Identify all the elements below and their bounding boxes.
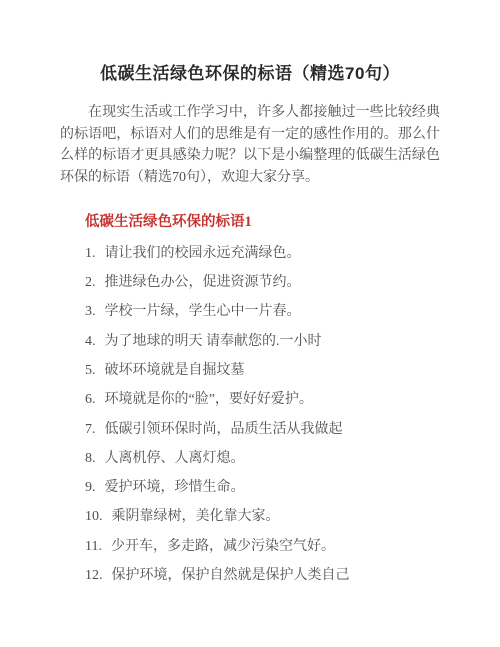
- list-item: 1. 请让我们的校园永远充满绿色。: [85, 245, 440, 263]
- item-number: 12.: [85, 567, 103, 585]
- item-text: 为了地球的明天 请奉献您的.一小时: [105, 333, 441, 351]
- list-item: 11. 少开车，多走路，减少污染空气好。: [85, 538, 440, 556]
- item-text: 请让我们的校园永远充满绿色。: [105, 245, 441, 263]
- list-item: 4. 为了地球的明天 请奉献您的.一小时: [85, 333, 440, 351]
- list-item: 2. 推进绿色办公，促进资源节约。: [85, 274, 440, 292]
- item-number: 7.: [85, 421, 96, 439]
- item-text: 人离机停、人离灯熄。: [105, 450, 441, 468]
- item-number: 6.: [85, 391, 96, 409]
- item-number: 5.: [85, 362, 96, 380]
- list-item: 7. 低碳引领环保时尚，品质生活从我做起: [85, 421, 440, 439]
- slogan-list: 1. 请让我们的校园永远充满绿色。 2. 推进绿色办公，促进资源节约。 3. 学…: [60, 245, 440, 585]
- document-page: 低碳生活绿色环保的标语（精选70句） 在现实生活或工作学习中，许多人都接触过一些…: [0, 0, 500, 647]
- list-item: 3. 学校一片绿，学生心中一片春。: [85, 303, 440, 321]
- item-text: 低碳引领环保时尚，品质生活从我做起: [105, 421, 441, 439]
- item-text: 学校一片绿，学生心中一片春。: [105, 303, 441, 321]
- section-heading: 低碳生活绿色环保的标语1: [85, 213, 440, 231]
- intro-paragraph: 在现实生活或工作学习中，许多人都接触过一些比较经典的标语吧，标语对人们的思维是有…: [60, 102, 440, 189]
- list-item: 6. 环境就是你的“脸”，要好好爱护。: [85, 391, 440, 409]
- item-number: 4.: [85, 333, 96, 351]
- item-number: 10.: [85, 508, 103, 526]
- item-text: 乘阴靠绿树，美化靠大家。: [112, 508, 441, 526]
- item-text: 保护环境，保护自然就是保护人类自己: [112, 567, 441, 585]
- list-item: 5. 破坏环境就是自掘坟墓: [85, 362, 440, 380]
- item-text: 少开车，多走路，减少污染空气好。: [111, 538, 440, 556]
- item-number: 3.: [85, 303, 96, 321]
- item-text: 推进绿色办公，促进资源节约。: [105, 274, 441, 292]
- item-text: 环境就是你的“脸”，要好好爱护。: [105, 391, 441, 409]
- list-item: 12. 保护环境，保护自然就是保护人类自己: [85, 567, 440, 585]
- item-text: 破坏环境就是自掘坟墓: [105, 362, 441, 380]
- list-item: 9. 爱护环境，珍惜生命。: [85, 479, 440, 497]
- list-item: 8. 人离机停、人离灯熄。: [85, 450, 440, 468]
- item-text: 爱护环境，珍惜生命。: [105, 479, 441, 497]
- list-item: 10. 乘阴靠绿树，美化靠大家。: [85, 508, 440, 526]
- item-number: 11.: [85, 538, 102, 556]
- page-title: 低碳生活绿色环保的标语（精选70句）: [60, 0, 440, 86]
- item-number: 2.: [85, 274, 96, 292]
- item-number: 1.: [85, 245, 96, 263]
- item-number: 9.: [85, 479, 96, 497]
- item-number: 8.: [85, 450, 96, 468]
